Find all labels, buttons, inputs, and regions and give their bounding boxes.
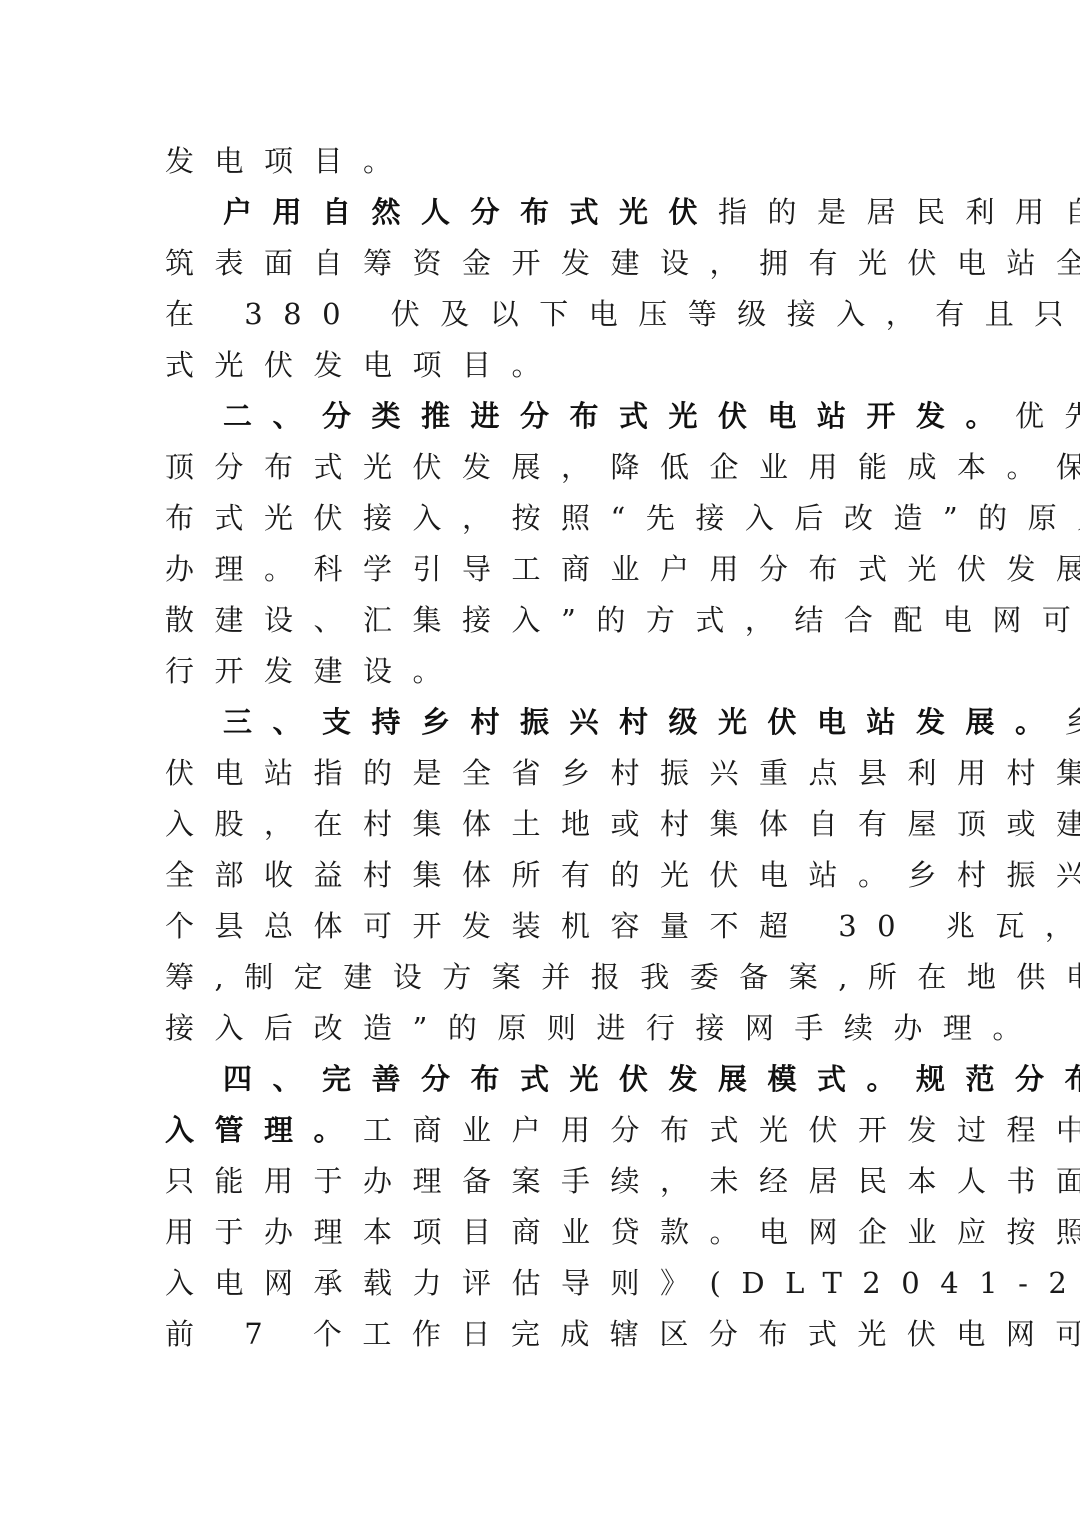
body-text: 指的是居民利用自有屋顶或建	[718, 195, 1080, 229]
body-text: 只能用于办理备案手续，未经居民本人书面授权同意，不得	[165, 1164, 1080, 1198]
text-line: 用于办理本项目商业贷款。电网企业应按照《分布式电源接	[165, 1207, 925, 1258]
text-line: 发电项目。	[165, 136, 925, 187]
text-line: 入电网承载力评估导则》(DLT2041-2019)要求，在每季度	[165, 1258, 925, 1309]
bold-heading-text: 二、分类推进分布式光伏电站开发。	[223, 399, 1015, 433]
body-text: 个县总体可开发装机容量不超 30 兆瓦，由所在县发改局统	[165, 909, 1080, 943]
text-line: 入管理。工商业户用分布式光伏开发过程中的居民身份证明	[165, 1105, 925, 1156]
text-line: 筑表面自筹资金开发建设，拥有光伏电站全寿命产权及收益，	[165, 238, 925, 289]
text-line: 布式光伏接入，按照“先接入后改造”的原则进行接网手续	[165, 493, 925, 544]
text-line: 全部收益村集体所有的光伏电站。乡村振兴村级光伏电站每	[165, 850, 925, 901]
bold-heading-text: 三、支持乡村振兴村级光伏电站发展。	[223, 705, 1065, 739]
body-text: 顶分布式光伏发展，降低企业用能成本。保障户用自然人分	[165, 450, 1080, 484]
body-text: 布式光伏接入，按照“先接入后改造”的原则进行接网手续	[165, 501, 1080, 535]
body-text: 在 380 伏及以下电压等级接入，有且只有一个接入点的分布	[165, 297, 1080, 331]
bold-heading-text: 四、完善分布式光伏发展模式。规范分布式光伏备案接	[223, 1062, 1080, 1096]
body-text: 用于办理本项目商业贷款。电网企业应按照《分布式电源接	[165, 1215, 1080, 1249]
body-text: 接入后改造”的原则进行接网手续办理。	[165, 1011, 1042, 1045]
body-text: 入股，在村集体土地或村集体自有屋顶或建筑表面开发建设，	[165, 807, 1080, 841]
text-line: 三、支持乡村振兴村级光伏电站发展。乡村振兴村级光	[165, 697, 925, 748]
body-text: 散建设、汇集接入”的方式，结合配电网可开放容量情况进	[165, 603, 1080, 637]
text-line: 个县总体可开发装机容量不超 30 兆瓦，由所在县发改局统	[165, 901, 925, 952]
text-line: 二、分类推进分布式光伏电站开发。优先推动工商业屋	[165, 391, 925, 442]
body-text: 发电项目。	[165, 144, 413, 178]
text-line: 只能用于办理备案手续，未经居民本人书面授权同意，不得	[165, 1156, 925, 1207]
body-text: 入电网承载力评估导则》(DLT2041-2019)要求，在每季度	[165, 1266, 1080, 1300]
body-text: 乡村振兴村级光	[1065, 705, 1080, 739]
bold-heading-text: 入管理。	[165, 1113, 363, 1147]
body-text: 优先推动工商业屋	[1015, 399, 1080, 433]
text-line: 前 7 个工作日完成辖区分布式光伏电网可开放容量滚动测算，	[165, 1309, 925, 1360]
bold-heading-text: 户用自然人分布式光伏	[223, 195, 718, 229]
text-line: 办理。科学引导工商业户用分布式光伏发展，优先按照“分	[165, 544, 925, 595]
text-line: 行开发建设。	[165, 646, 925, 697]
text-line: 接入后改造”的原则进行接网手续办理。	[165, 1003, 925, 1054]
body-text: 行开发建设。	[165, 654, 462, 688]
text-line: 散建设、汇集接入”的方式，结合配电网可开放容量情况进	[165, 595, 925, 646]
document-page: 发电项目。户用自然人分布式光伏指的是居民利用自有屋顶或建筑表面自筹资金开发建设，…	[165, 136, 925, 1360]
text-line: 在 380 伏及以下电压等级接入，有且只有一个接入点的分布	[165, 289, 925, 340]
body-text: 筑表面自筹资金开发建设，拥有光伏电站全寿命产权及收益，	[165, 246, 1080, 280]
text-line: 户用自然人分布式光伏指的是居民利用自有屋顶或建	[165, 187, 925, 238]
text-line: 四、完善分布式光伏发展模式。规范分布式光伏备案接	[165, 1054, 925, 1105]
body-text: 伏电站指的是全省乡村振兴重点县利用村集体土地或资产	[165, 756, 1080, 790]
body-text: 办理。科学引导工商业户用分布式光伏发展，优先按照“分	[165, 552, 1080, 586]
text-line: 式光伏发电项目。	[165, 340, 925, 391]
text-line: 入股，在村集体土地或村集体自有屋顶或建筑表面开发建设，	[165, 799, 925, 850]
body-text: 式光伏发电项目。	[165, 348, 561, 382]
text-line: 伏电站指的是全省乡村振兴重点县利用村集体土地或资产	[165, 748, 925, 799]
body-text: 全部收益村集体所有的光伏电站。乡村振兴村级光伏电站每	[165, 858, 1080, 892]
body-text: 工商业户用分布式光伏开发过程中的居民身份证明	[363, 1113, 1080, 1147]
body-text: 前 7 个工作日完成辖区分布式光伏电网可开放容量滚动测算，	[165, 1317, 1080, 1351]
text-line: 顶分布式光伏发展，降低企业用能成本。保障户用自然人分	[165, 442, 925, 493]
body-text: 筹,制定建设方案并报我委备案,所在地供电企业应按照“先	[165, 960, 1080, 994]
text-line: 筹,制定建设方案并报我委备案,所在地供电企业应按照“先	[165, 952, 925, 1003]
